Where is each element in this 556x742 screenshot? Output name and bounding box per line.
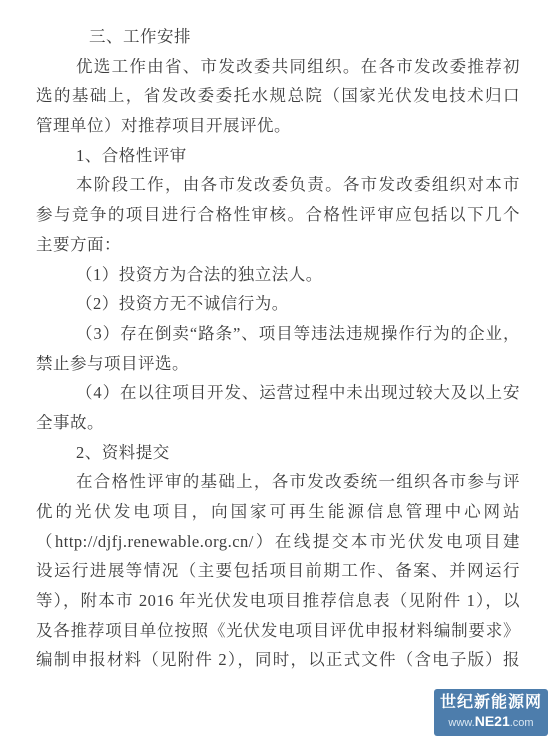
section-heading: 三、工作安排 xyxy=(36,22,520,52)
ne21-watermark-badge: 世纪新能源网 www.NE21.com xyxy=(434,689,548,736)
list-item-1: （1）投资方为合法的独立法人。 xyxy=(36,260,520,290)
document-page: 三、工作安排 优选工作由省、市发改委共同组织。在各市发改委推荐初 选的基础上，省… xyxy=(0,0,556,742)
list-item-3: （3）存在倒卖“路条”、项目等违法违规操作行为的企业， xyxy=(36,319,520,349)
text-line: 禁止参与项目评选。 xyxy=(36,349,520,379)
text-line: 参与竞争的项目进行合格性审核。合格性评审应包括以下几个 xyxy=(36,200,520,230)
text-line: 选的基础上，省发改委委托水规总院（国家光伏发电技术归口 xyxy=(36,81,520,111)
watermark-url-brand: NE21 xyxy=(475,713,510,729)
text-line: 全事故。 xyxy=(36,408,520,438)
text-line: 优选工作由省、市发改委共同组织。在各市发改委推荐初 xyxy=(36,52,520,82)
text-line: 管理单位）对推荐项目开展评优。 xyxy=(36,111,520,141)
text-line: 本阶段工作，由各市发改委负责。各市发改委组织对本市 xyxy=(36,170,520,200)
text-line: 编制申报材料（见附件 2），同时，以正式文件（含电子版）报 xyxy=(36,645,520,675)
text-line: 主要方面： xyxy=(36,230,520,260)
document-text-block: 三、工作安排 优选工作由省、市发改委共同组织。在各市发改委推荐初 选的基础上，省… xyxy=(36,22,520,675)
watermark-url-suffix: .com xyxy=(510,717,534,729)
text-line: 及各推荐项目单位按照《光伏发电项目评优申报材料编制要求》 xyxy=(36,616,520,646)
text-line: 优的光伏发电项目，向国家可再生能源信息管理中心网站 xyxy=(36,497,520,527)
watermark-url-prefix: www. xyxy=(448,717,474,729)
list-item-2: （2）投资方无不诚信行为。 xyxy=(36,289,520,319)
text-line: 在合格性评审的基础上，各市发改委统一组织各市参与评 xyxy=(36,467,520,497)
subsection-heading-2: 2、资料提交 xyxy=(36,438,520,468)
text-line: 等），附本市 2016 年光伏发电项目推荐信息表（见附件 1），以 xyxy=(36,586,520,616)
subsection-heading-1: 1、合格性评审 xyxy=(36,141,520,171)
text-line: 设运行进展等情况（主要包括项目前期工作、备案、并网运行 xyxy=(36,556,520,586)
watermark-site-name: 世纪新能源网 xyxy=(434,693,548,713)
text-line-url: （http://djfj.renewable.org.cn/）在线提交本市光伏发… xyxy=(36,527,520,557)
list-item-4: （4）在以往项目开发、运营过程中未出现过较大及以上安 xyxy=(36,378,520,408)
watermark-site-url: www.NE21.com xyxy=(434,713,548,731)
